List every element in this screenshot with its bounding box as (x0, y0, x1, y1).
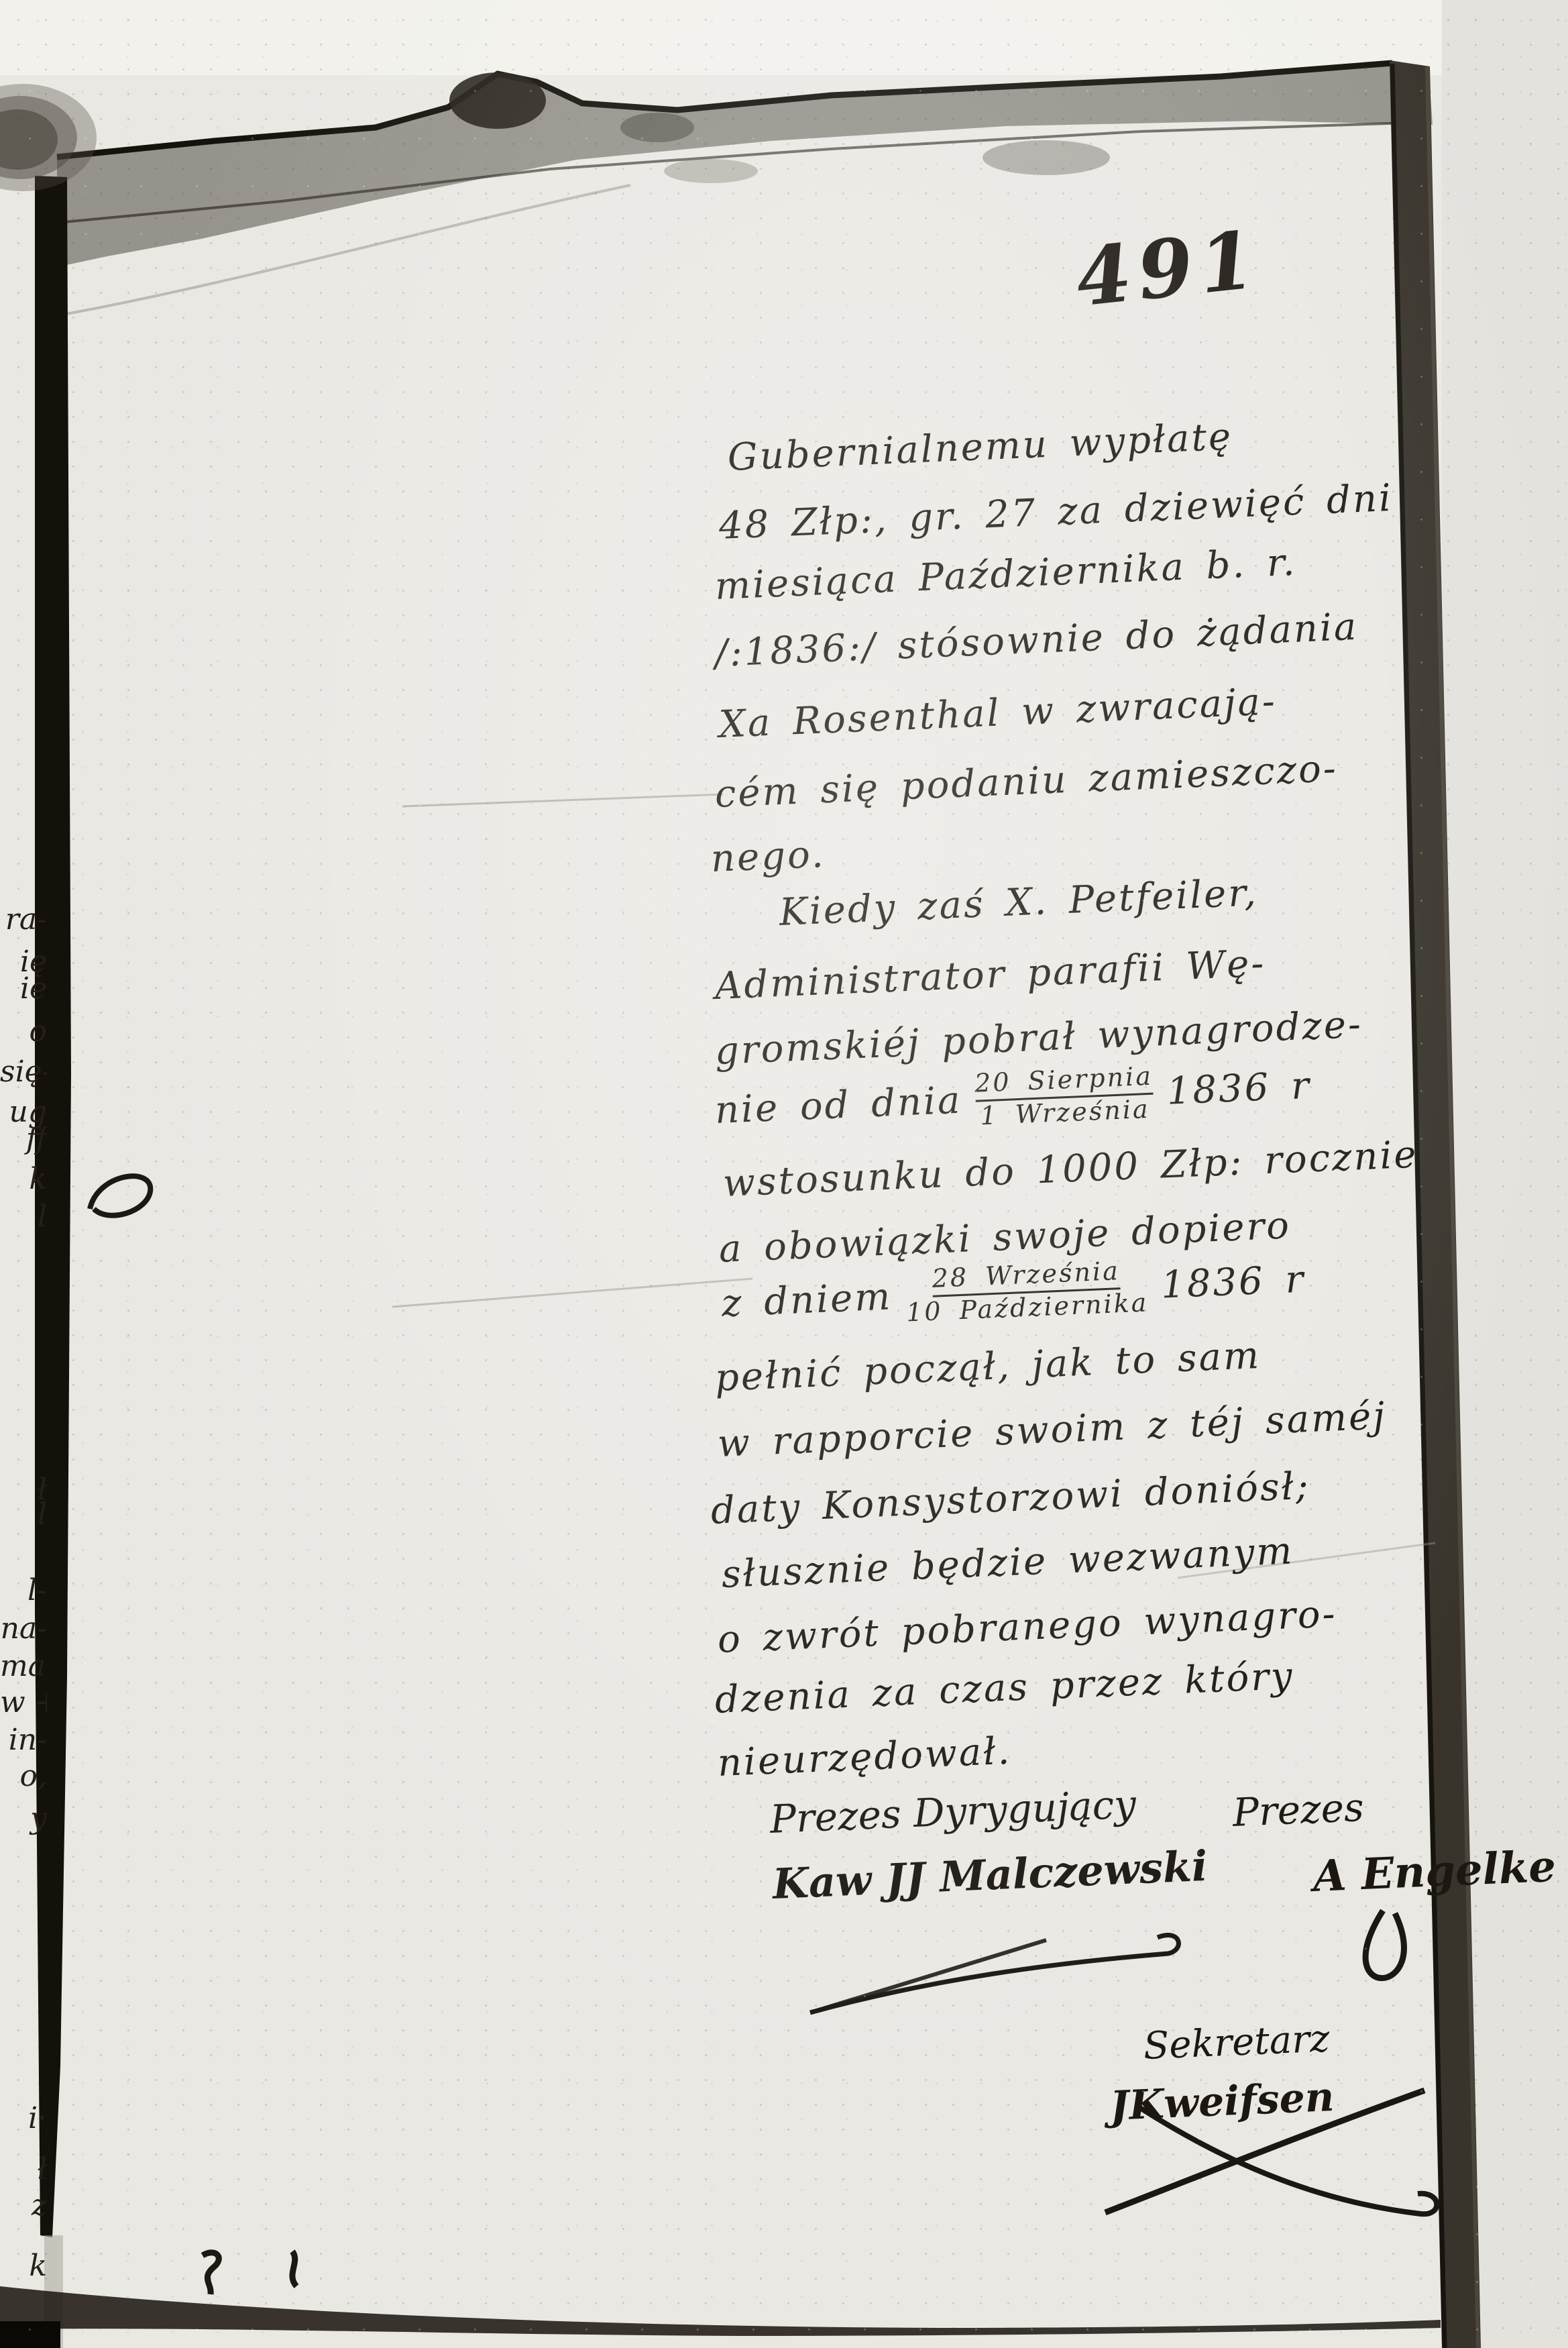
left-page-text-fragment: ff (0, 1122, 47, 1156)
left-page-text-fragment: na- (0, 1611, 47, 1646)
band-smudge (620, 113, 694, 142)
dual-calendar-date: 28 Września 10 Października (904, 1255, 1149, 1326)
left-page-text-fragment: k (0, 2249, 47, 2283)
bottom-ink-mark (292, 2251, 296, 2286)
left-page-text-fragment: ie (0, 971, 47, 1006)
left-page-text-fragment: z (0, 2188, 47, 2223)
left-page-text-fragment: ma- (0, 1649, 47, 1683)
right-signature: A Engelke (1312, 1842, 1557, 1902)
bottom-ink-mark (203, 2253, 219, 2294)
left-page-text-fragment: o (0, 1014, 47, 1049)
left-page-text-fragment: l (0, 1497, 47, 1532)
left-page-text-fragment: k (0, 1162, 47, 1196)
margin-ink-loop (90, 1176, 150, 1216)
bottom-crease-shadow (0, 2286, 1441, 2336)
secretary-title: Sekretarz (1143, 2017, 1331, 2068)
left-page-text-fragment: się- (0, 1055, 47, 1089)
engelke-signature-loop (1365, 1911, 1404, 1978)
band-smudge (983, 140, 1110, 175)
line-suffix: 1836 r (1160, 1258, 1306, 1308)
line-prefix: z dniem (721, 1275, 893, 1326)
left-page-text-fragment: l (0, 1199, 47, 1234)
left-page-text-fragment: in- (0, 1723, 47, 1757)
left-signature-flourish (810, 1935, 1178, 2013)
left-page-text-fragment: i· (0, 2101, 47, 2135)
secretary-signature: JKweifsen (1109, 2074, 1335, 2130)
dual-calendar-date: 20 Sierpnia 1 Września (974, 1062, 1154, 1130)
line-prefix: nie od dnia (714, 1079, 963, 1132)
left-page-text-fragment: o, (0, 1759, 47, 1793)
right-signer-title: Prezes (1232, 1784, 1365, 1835)
left-page-text-fragment: l- (0, 1573, 47, 1607)
paper-scratch (402, 794, 723, 806)
left-page-text-fragment: y (0, 1801, 47, 1835)
archival-document-photo: 491 Gubernialnemu wypłatę 48 Złp:, gr. 2… (0, 0, 1568, 2348)
left-page-text-fragment: ł (0, 2152, 47, 2186)
bottom-left-dark-corner (0, 2321, 60, 2348)
left-page-text-fragment: ra- (0, 902, 47, 937)
left-page-text-fragment: w + (0, 1685, 47, 1719)
page-number: 491 (1072, 212, 1266, 324)
line-suffix: 1836 r (1166, 1064, 1312, 1114)
band-smudge (664, 159, 758, 183)
torn-edge-blob (449, 72, 546, 129)
letter-line: nego. (710, 833, 826, 881)
paper-scratch (392, 1279, 752, 1307)
